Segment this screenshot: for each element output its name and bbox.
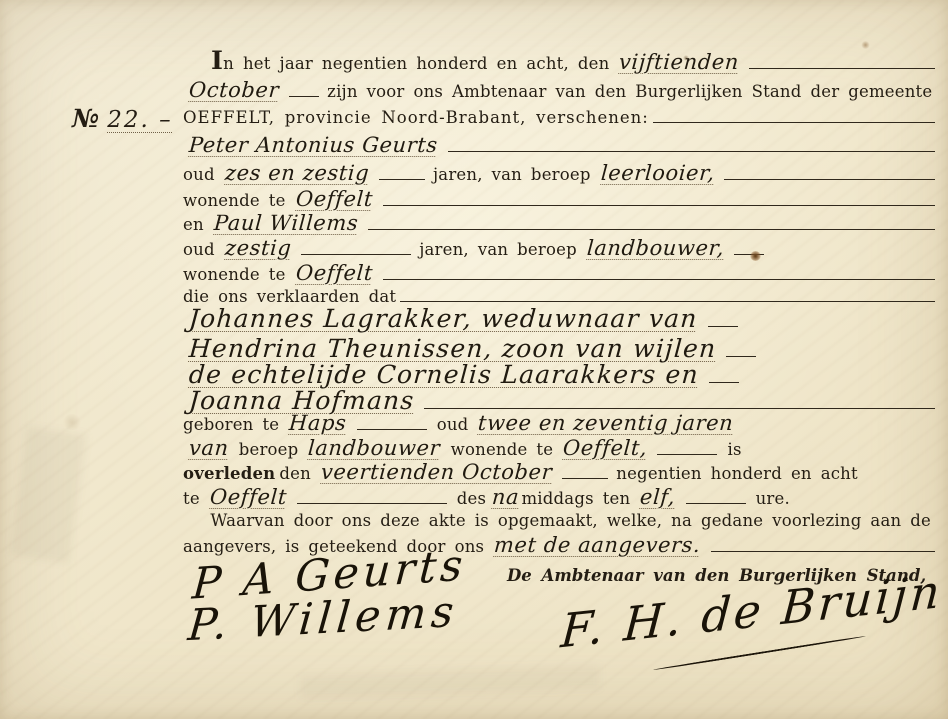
- deceased-occupation: landbouwer: [302, 438, 452, 459]
- blank-rule: [734, 254, 764, 255]
- wonende-label: wonende te: [451, 441, 558, 460]
- declarant1-residence-row: wonende te Oeffelt: [183, 189, 935, 211]
- wonende-label: wonende te: [183, 266, 290, 285]
- blank-rule: [357, 429, 427, 430]
- deceased-line-4: Joanna Hofmans: [183, 388, 935, 413]
- blank-rule: [424, 408, 935, 409]
- declarant2-age: zestig: [218, 238, 302, 259]
- birthplace: Haps: [283, 413, 358, 434]
- blank-rule: [562, 478, 608, 479]
- blank-rule: [711, 551, 935, 552]
- blank-rule: [749, 68, 935, 69]
- en-label: en: [183, 216, 208, 235]
- beroep-label: beroep: [239, 441, 303, 460]
- declarant1-name-row: Peter Antonius Geurts: [183, 135, 935, 156]
- declarant2-age-row: oud zestig jaren, van beroep landbouwer,: [183, 238, 935, 260]
- death-hour: elf,: [634, 487, 687, 508]
- ure-label: ure.: [746, 490, 794, 509]
- deceased-line-2: Hendrina Theunissen, zoon van wijlen: [183, 336, 935, 361]
- death-date: veertienden October: [314, 462, 563, 483]
- day-filled: vijftienden: [613, 52, 750, 73]
- des-label: des: [447, 490, 490, 509]
- oud-label: oud: [427, 416, 473, 435]
- header-line-1: In het jaar negentien honderd en acht, d…: [183, 47, 935, 76]
- oud-label: oud: [183, 241, 219, 260]
- blank-rule: [448, 151, 935, 152]
- geboren-label: geboren te: [183, 416, 283, 435]
- blank-rule: [383, 279, 935, 280]
- municipality-line: OEFFELT, provincie Noord-Brabant, versch…: [183, 109, 653, 128]
- blank-rule: [400, 301, 935, 302]
- act-number-value: 22. –: [107, 107, 172, 133]
- death-certificate-page: №22. – In het jaar negentien honderd en …: [0, 0, 948, 719]
- declarant1-age: zes en zestig: [218, 163, 380, 184]
- blank-rule: [379, 179, 425, 180]
- declarant1-occupation: leerlooier,: [594, 163, 725, 184]
- blank-rule: [297, 503, 447, 504]
- birth-row: geboren te Haps oud twee en zeventig jar…: [183, 413, 935, 435]
- den-label: den: [279, 465, 315, 484]
- deceased-parents-text: de echtelijde Cornelis Laarakkers en: [182, 362, 710, 387]
- act-number-label: №22. –: [72, 104, 173, 133]
- bleed-through-smudge: [9, 426, 87, 563]
- blank-rule: [708, 326, 738, 327]
- jaren-beroep-label: jaren, van beroep: [411, 241, 581, 260]
- death-place-time-row: te Oeffelt des na middags ten elf, ure.: [183, 487, 935, 509]
- blank-rule: [686, 503, 746, 504]
- declarant2-name: Paul Willems: [207, 213, 369, 234]
- blank-rule: [368, 229, 935, 230]
- closing-line-1: Waarvan door ons deze akte is opgemaakt,…: [183, 512, 935, 531]
- blank-rule: [653, 122, 935, 123]
- declarant2-occupation: landbouwer,: [580, 238, 735, 259]
- death-date-row: overleden den veertienden October negent…: [183, 462, 935, 484]
- month-filled: October: [182, 80, 290, 101]
- deceased-line-3: de echtelijde Cornelis Laarakkers en: [183, 362, 935, 387]
- declarant2-residence: Oeffelt: [289, 263, 383, 284]
- blank-rule: [301, 254, 411, 255]
- is-label: is: [717, 441, 745, 460]
- bleed-through-smudge: [300, 665, 601, 699]
- jaren-beroep-label: jaren, van beroep: [425, 166, 595, 185]
- te-label: te: [183, 490, 204, 509]
- deceased-widower-text: Hendrina Theunissen, zoon van wijlen: [182, 336, 727, 361]
- header-line2-printed: zijn voor ons Ambtenaar van den Burgerli…: [319, 83, 936, 102]
- middags-label: middags ten: [521, 490, 634, 509]
- blank-rule: [657, 454, 717, 455]
- van-filled: van: [182, 438, 239, 459]
- declarant2-name-row: en Paul Willems: [183, 213, 935, 235]
- blank-rule: [724, 179, 935, 180]
- numero-symbol: №: [72, 104, 107, 133]
- paper-stain-faint: [62, 414, 82, 430]
- death-place: Oeffelt: [203, 487, 297, 508]
- blank-rule: [383, 205, 935, 206]
- blank-rule: [726, 356, 756, 357]
- closing-text-1: Waarvan door ons deze akte is opgemaakt,…: [210, 512, 935, 531]
- declarant1-residence: Oeffelt: [289, 189, 383, 210]
- declarant2-residence-row: wonende te Oeffelt: [183, 263, 935, 285]
- blank-rule: [289, 96, 319, 97]
- deceased-name-text: Johannes Lagrakker, weduwnaar van: [182, 306, 708, 331]
- blank-rule: [709, 382, 739, 383]
- deceased-line-1: Johannes Lagrakker, weduwnaar van: [183, 306, 935, 331]
- declarant1-age-row: oud zes en zestig jaren, van beroep leer…: [183, 163, 935, 185]
- occupation-residence-row: van beroep landbouwer wonende te Oeffelt…: [183, 438, 935, 460]
- deceased-age: twee en zeventig jaren: [472, 413, 745, 434]
- header-line1-printed: In het jaar negentien honderd en acht, d…: [211, 47, 613, 76]
- daypart-filled: na: [489, 487, 522, 508]
- oud-label: oud: [183, 166, 219, 185]
- declarant1-name: Peter Antonius Geurts: [182, 135, 448, 156]
- deceased-mother-text: Joanna Hofmans: [182, 388, 425, 413]
- overleden-label: overleden: [183, 465, 279, 484]
- header-line-2: October zijn voor ons Ambtenaar van den …: [183, 80, 935, 102]
- death-year: negentien honderd en acht: [608, 465, 862, 484]
- wonende-label: wonende te: [183, 192, 290, 211]
- signed-with-filled: met de aangevers.: [488, 535, 712, 556]
- header-line-3: OEFFELT, provincie Noord-Brabant, versch…: [183, 109, 935, 128]
- deceased-residence: Oeffelt,: [556, 438, 658, 459]
